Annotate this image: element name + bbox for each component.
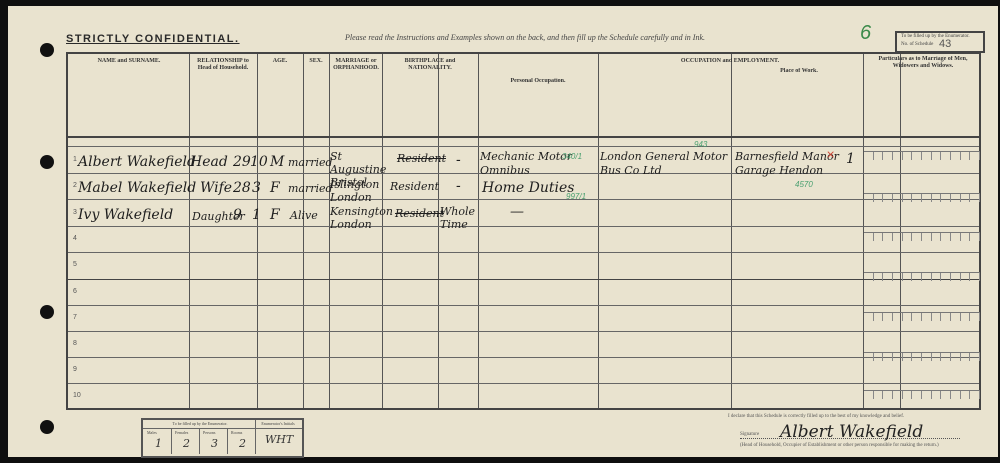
page-mark: 6 <box>860 22 871 45</box>
occupation-code: 997/1 <box>566 192 586 201</box>
col-header-age: AGE. <box>259 58 301 65</box>
cell-marriage: married <box>288 156 333 169</box>
children-ages-grid <box>864 352 980 361</box>
signature-label: Signature <box>740 432 759 437</box>
place-code: 4570 <box>795 180 813 189</box>
row-number: 1 <box>73 156 77 163</box>
cell-birthplace: Kensington London <box>330 205 390 231</box>
col-header-birthplace: BIRTHPLACE and NATIONALITY. <box>384 58 476 72</box>
employment-code: 943 <box>694 140 707 149</box>
cell-name: Mabel Wakefield <box>78 180 196 196</box>
cell-age-months: 10 <box>250 154 268 170</box>
col-header-sex: SEX. <box>305 58 327 65</box>
declaration-text: I declare that this Schedule is correctl… <box>728 414 904 419</box>
cell-marriage: married <box>288 182 333 195</box>
cell-place-of-work: Barnesfield Manor Garage Hendon <box>735 150 855 178</box>
row-number: 8 <box>73 340 77 347</box>
cell-sex: F <box>270 207 280 223</box>
col-group-children: Particulars as to Marriage of Men, Widow… <box>865 56 981 70</box>
children-ages-grid <box>864 151 980 160</box>
cell-sex: F <box>270 180 280 196</box>
cell-age-years: 28 <box>233 180 251 196</box>
occupation-code: 340/1 <box>562 152 582 161</box>
col-header-relationship: RELATIONSHIP to Head of Household. <box>191 58 255 72</box>
cell-age-months: 3 <box>252 180 261 196</box>
cell-education: - <box>456 152 461 168</box>
cell-birthplace: Islington London <box>330 178 390 204</box>
col-header-marriage: MARRIAGE or ORPHANHOOD. <box>331 58 381 72</box>
punch-hole <box>40 43 54 57</box>
enumerator-box-label: To be filled up by the Enumerator. <box>901 34 970 39</box>
cell-name: Albert Wakefield <box>78 154 196 170</box>
col-group-occupation: OCCUPATION and EMPLOYMENT. <box>600 58 860 65</box>
col-header-occupation: Personal Occupation. <box>480 78 596 85</box>
cell-education: Whole Time <box>440 205 470 231</box>
row-number: 3 <box>73 209 77 216</box>
enumerator-box: To be filled up by the Enumerator. No. o… <box>895 31 985 53</box>
males-count: 1 <box>155 437 162 450</box>
summary-header: To be filled up by the Enumerator. <box>145 421 255 426</box>
cell-nationality: Resident <box>390 180 439 193</box>
census-table: NAME and SURNAME. RELATIONSHIP to Head o… <box>66 52 981 410</box>
row-number: 7 <box>73 314 77 321</box>
persons-label: Persons <box>203 430 215 435</box>
children-ages-grid <box>864 312 980 321</box>
cell-nationality: Resident <box>397 152 446 165</box>
row-number: 9 <box>73 366 77 373</box>
cell-children: 1 <box>846 151 855 167</box>
rooms-label: Rooms <box>231 430 242 435</box>
cell-nationality: Resident <box>395 207 444 220</box>
cell-education: - <box>456 178 461 194</box>
signature: Albert Wakefield <box>780 422 923 442</box>
children-ages-grid <box>864 272 980 281</box>
cell-age-months: 1 <box>252 207 261 223</box>
schedule-number: 43 <box>939 38 951 50</box>
cell-age-years: 29 <box>233 154 251 170</box>
rooms-count: 2 <box>239 437 246 450</box>
cell-sex: M <box>270 154 284 170</box>
cell-name: Ivy Wakefield <box>78 207 173 223</box>
initials-label: Enumerator's Initials <box>255 421 301 426</box>
signature-subtext: (Head of Household, Occupier of Establis… <box>740 443 939 448</box>
cell-age-years: 9 <box>233 207 242 223</box>
children-ages-grid <box>864 193 980 202</box>
females-label: Females <box>175 430 188 435</box>
females-count: 2 <box>183 437 190 450</box>
row-number: 5 <box>73 261 77 268</box>
row-number: 6 <box>73 288 77 295</box>
males-label: Males <box>147 430 157 435</box>
row-number: 4 <box>73 235 77 242</box>
cell-employment: London General Motor Bus Co Ltd <box>600 150 730 178</box>
cell-relationship: Wife <box>200 180 232 196</box>
page-title: STRICTLY CONFIDENTIAL. <box>66 33 240 45</box>
punch-hole <box>40 420 54 434</box>
cell-occupation: — <box>510 204 524 220</box>
row-number: 10 <box>73 392 81 399</box>
cell-marriage: Alive <box>290 209 318 222</box>
cross-mark-icon: × <box>826 148 835 161</box>
schedule-label: No. of Schedule <box>901 42 933 47</box>
row-number: 2 <box>73 182 77 189</box>
cell-occupation: Home Duties <box>482 180 574 196</box>
col-header-name: NAME and SURNAME. <box>70 58 188 65</box>
enumerator-initials: WHT <box>265 433 293 446</box>
instruction-text: Please read the Instructions and Example… <box>345 33 705 42</box>
persons-count: 3 <box>211 437 218 450</box>
punch-hole <box>40 305 54 319</box>
col-header-place-of-work: Place of Work. <box>736 68 862 75</box>
children-ages-grid <box>864 390 980 399</box>
cell-relationship: Head <box>190 154 228 170</box>
enumerator-summary-box: To be filled up by the Enumerator. Enume… <box>141 418 304 458</box>
punch-hole <box>40 155 54 169</box>
children-ages-grid <box>864 232 980 241</box>
